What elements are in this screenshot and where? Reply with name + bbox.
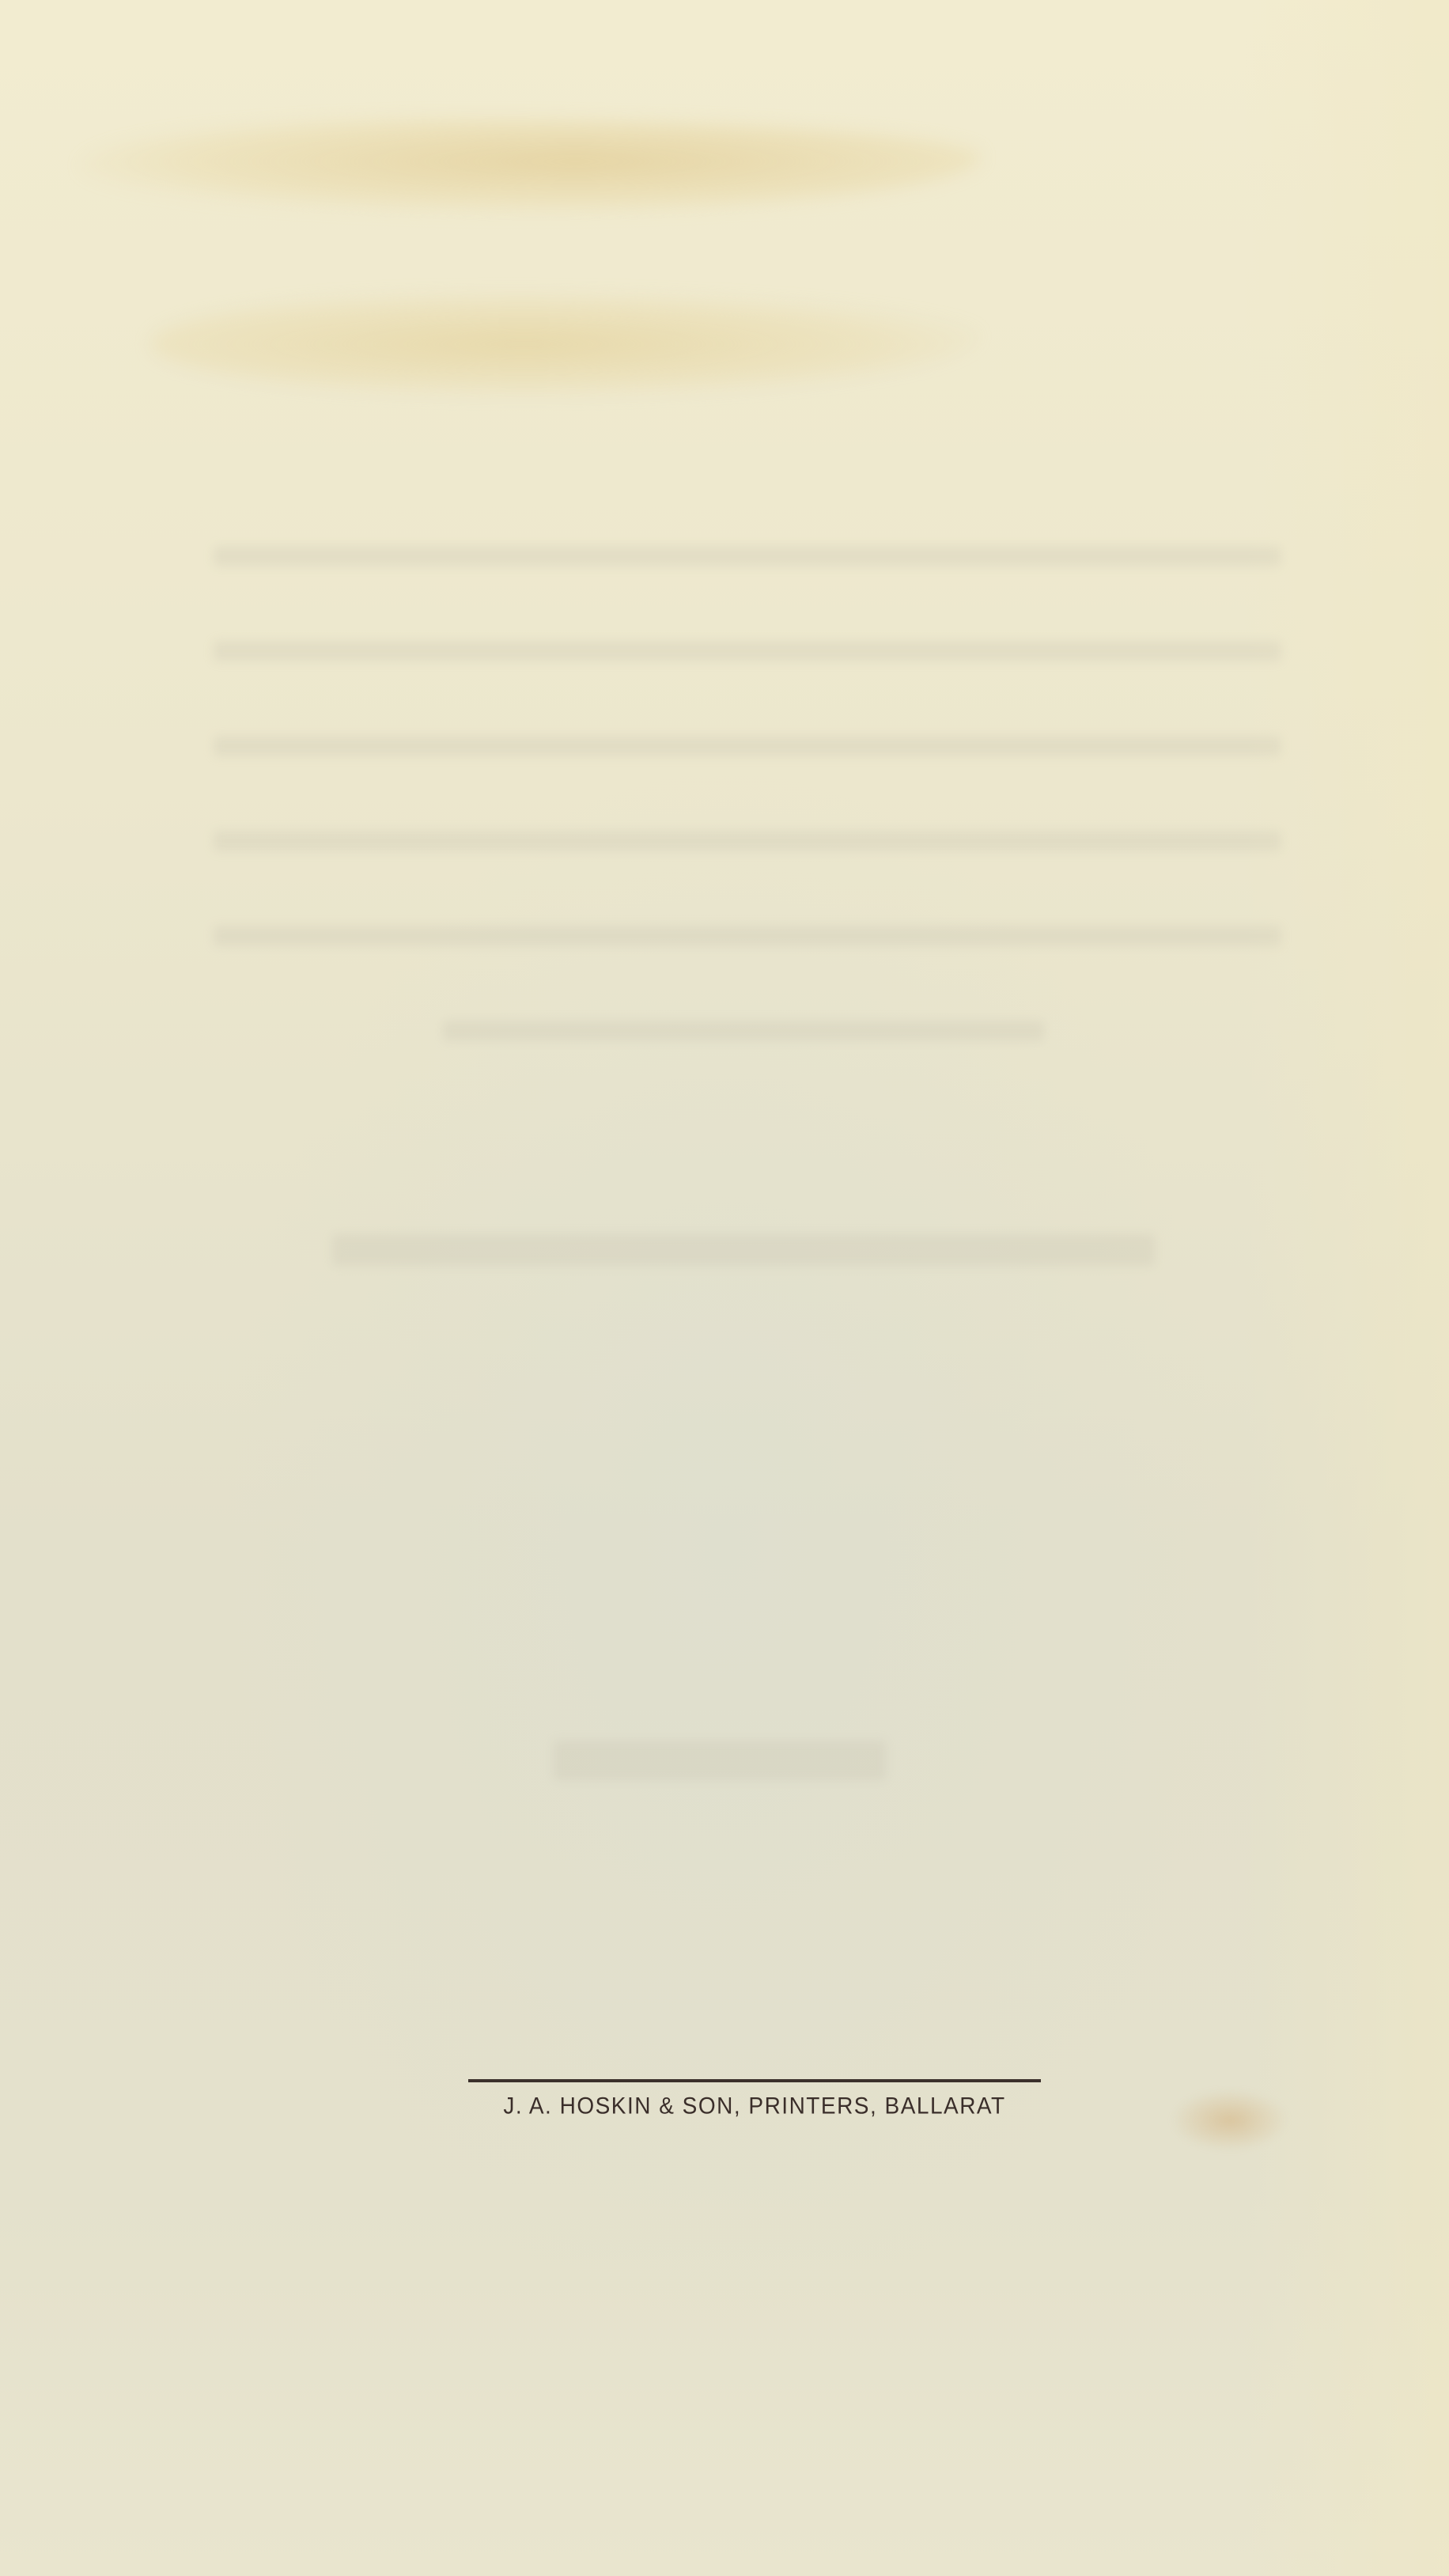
paper-stain-top — [79, 119, 981, 214]
foxing-mark — [1171, 2089, 1289, 2152]
imprint-rule — [468, 2079, 1041, 2082]
paper-stain-upper — [150, 293, 981, 396]
book-page: J. A. HOSKIN & SON, PRINTERS, BALLARAT — [0, 0, 1449, 2576]
printer-imprint: J. A. HOSKIN & SON, PRINTERS, BALLARAT — [468, 2079, 1041, 2119]
imprint-text: J. A. HOSKIN & SON, PRINTERS, BALLARAT — [468, 2093, 1041, 2120]
